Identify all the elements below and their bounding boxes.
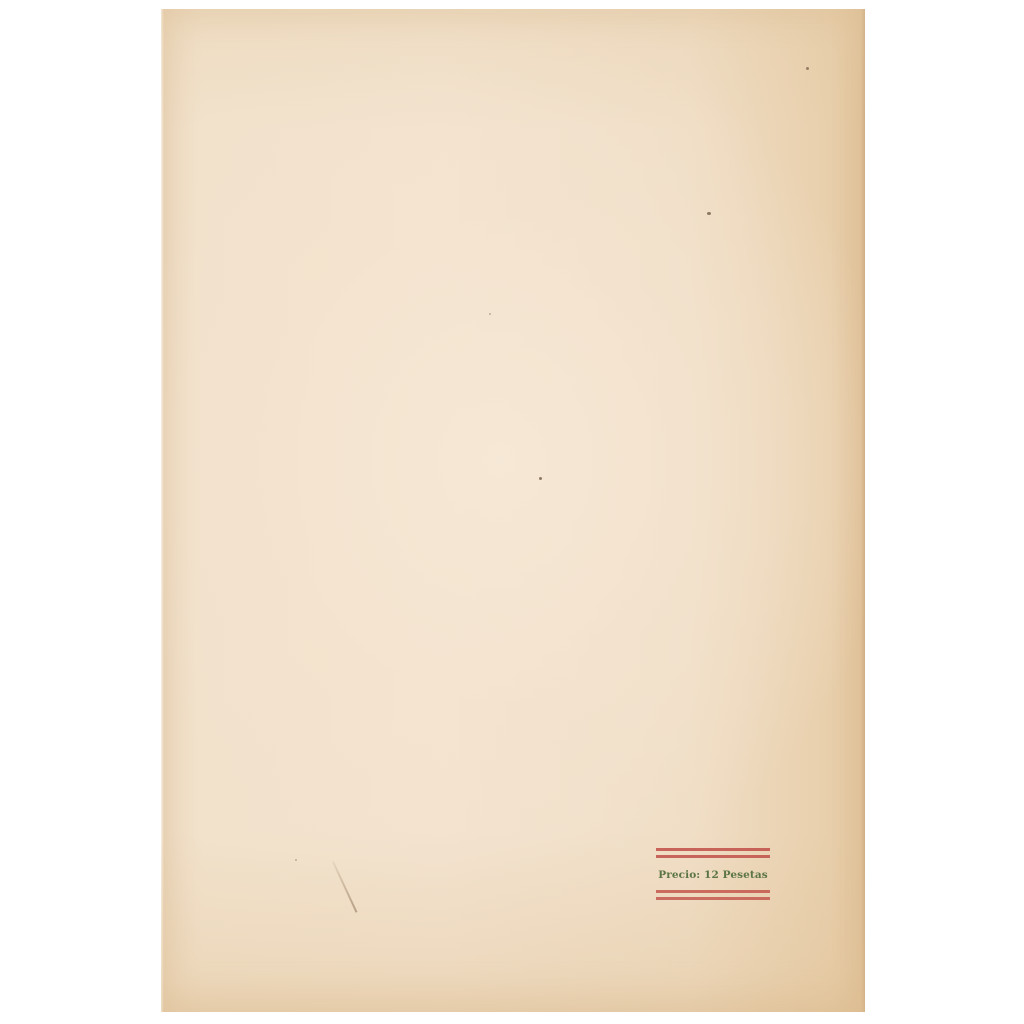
paper-speck [806,67,809,70]
paper-speck [489,313,491,315]
back-cover-page: Precio: 12 Pesetas [161,9,865,1012]
paper-speck [539,477,542,480]
page-right-edge [861,9,865,1012]
paper-speck [707,212,711,215]
paper-speck [295,859,297,861]
red-rule [656,855,770,858]
paper-scratch [332,861,357,913]
bottom-rule-pair [656,890,770,900]
price-label: Precio: 12 Pesetas [656,848,770,900]
red-rule [656,897,770,900]
top-rule-pair [656,848,770,858]
price-text: Precio: 12 Pesetas [656,869,770,881]
red-rule [656,848,770,851]
page-left-edge [161,9,164,1012]
red-rule [656,890,770,893]
